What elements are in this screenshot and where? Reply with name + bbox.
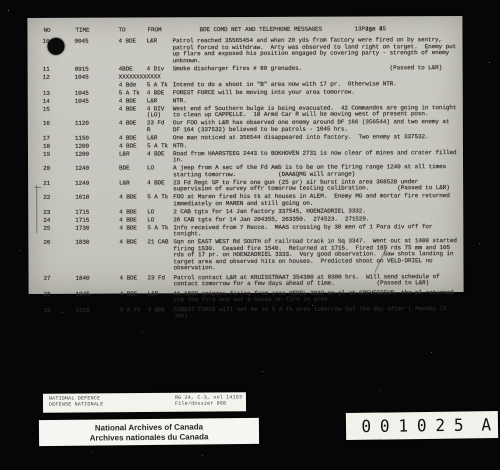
entry-time: 1840 — [76, 275, 120, 288]
entry-time: 1910 — [76, 307, 120, 320]
log-entry: 2216104 BDE5 A TkFOO at Maren fired his … — [43, 193, 458, 208]
entry-to: 4 BDE — [119, 120, 147, 133]
entry-no: 11 — [43, 66, 75, 73]
log-entry: 2618304 BDE21 CABSqn on EAST WEST Rd SOU… — [43, 238, 458, 272]
entry-no: 27 — [44, 275, 76, 288]
entry-from: L&R — [146, 38, 172, 64]
national-defence-stamp: NATIONAL DEFENCEDEFENSE NATIONALE RG 24,… — [43, 392, 246, 412]
entry-from: 4 DIV (LO) — [147, 106, 173, 119]
entry-msg: 23 Fd Regt SP to fire one gun (25 pr) ai… — [173, 179, 458, 193]
entry-from: 21 CAB — [147, 239, 173, 272]
entry-no: 13 — [43, 90, 75, 97]
entry-time: 1045 — [75, 90, 119, 97]
log-entry: 154 BDE4 DIV (LO)West end of Southern bu… — [43, 105, 458, 120]
entry-no: 14 — [43, 98, 75, 105]
entry-time: 1150 — [75, 135, 119, 142]
entry-no: 17 — [43, 135, 75, 142]
entry-to: 4 BDE — [118, 38, 146, 64]
entry-to: 4 BDE — [119, 194, 147, 207]
entry-msg: NTR. — [173, 97, 458, 105]
log-entry: 2919105 A Tk4 BDEFOREST FORCE will not b… — [44, 306, 459, 321]
entry-msg: Info received from 7 Recce. MAAS crossin… — [173, 224, 458, 238]
serial-number-box: 001025A — [346, 411, 498, 440]
entry-from: 23 Fd R — [147, 120, 173, 133]
entry-to: BDE — [119, 165, 147, 178]
entry-from: L&R — [147, 135, 173, 142]
entry-time: 1730 — [75, 225, 119, 238]
defence-stamp-text: NATIONAL DEFENCEDEFENSE NATIONALE — [49, 396, 104, 408]
entry-to: 4 BDE — [119, 135, 147, 142]
entry-no: 21 — [43, 180, 75, 193]
document-page: NO TIME TO FROM BDE COMD NET AND TELEPHO… — [27, 16, 463, 294]
log-entry: 211240L&R4 BDE23 Fd Regt SP to fire one … — [43, 179, 458, 194]
entry-to: 4BDE — [119, 66, 147, 73]
log-entry: 4 Bde5 A TkIntend to do a shoot in "B" a… — [43, 81, 458, 89]
log-entry: 1000454 BDEL&RPatrol reached 35565454 an… — [42, 37, 457, 65]
entry-to: XXXXXXXXXXXX — [119, 74, 147, 81]
entry-to: 4 BDE — [119, 239, 147, 272]
entry-no: 15 — [43, 106, 75, 119]
serial-digit: 5 — [449, 415, 468, 435]
archives-line1: National Archives of Canada — [95, 422, 203, 432]
entry-to: 5 A Tk — [120, 307, 148, 320]
entry-to: L&R — [119, 180, 147, 193]
serial-number: 001025A — [357, 415, 496, 436]
entry-from: 5 A Tk — [147, 194, 173, 207]
log-entry: 1310455 A Tk4 BDEFOREST FORCE will be mo… — [43, 89, 458, 97]
entry-time: 1200 — [75, 151, 119, 164]
column-header-time: TIME — [75, 27, 89, 34]
entry-to: 4 BDE — [119, 209, 147, 216]
entry-time: 1045 — [75, 98, 119, 105]
entry-from: 5 A Tk — [147, 143, 173, 150]
entry-no: 28 — [44, 291, 76, 304]
entry-no: 23 — [43, 209, 75, 216]
entry-no: 24 — [43, 217, 75, 224]
entry-from: 5 A Tk — [147, 225, 173, 238]
serial-digit: 0 — [412, 415, 431, 435]
entry-msg: Road from HAARSTEEG 2443 to BOKHOVEN 273… — [173, 150, 458, 164]
reference-line2: File/dossier 960 — [175, 400, 226, 406]
entry-from: 5 A Tk — [147, 82, 173, 89]
defence-line2: DEFENSE NATIONALE — [49, 401, 103, 407]
entry-from: L&R — [147, 98, 173, 105]
log-entry: 2819454 BDEL&RAt 1800 snipers firing fro… — [44, 290, 459, 305]
entry-to: 4 BDE — [119, 225, 147, 238]
entry-no: 22 — [43, 195, 75, 208]
log-header-row: NO TIME TO FROM BDE COMD NET AND TELEPHO… — [27, 25, 462, 35]
entry-no: 20 — [43, 166, 75, 179]
entry-msg: Patrol reached 35565454 and when 20 yds … — [172, 37, 457, 64]
archives-line2: Archives nationales du Canada — [90, 432, 209, 442]
serial-digit: 0 — [375, 416, 394, 436]
log-entry: 1611204 BDE23 Fd ROur FOO with L&R has o… — [43, 119, 458, 134]
log-entry: 201240BDELOA jeep from A sec of the Fd A… — [43, 164, 458, 179]
entry-time: 1610 — [75, 195, 119, 208]
serial-digit: 2 — [431, 415, 450, 435]
entry-time: 0045 — [74, 39, 118, 65]
column-header-no: NO — [43, 27, 50, 34]
entry-msg: 26 CAB tgts for 14 Jan 204355, 263350. 2… — [173, 216, 458, 224]
entry-time: 1715 — [75, 209, 119, 216]
hole-punch — [47, 38, 64, 55]
entry-time — [75, 82, 119, 89]
entry-no — [43, 82, 75, 89]
entry-from: 4 BDE — [148, 307, 174, 320]
entry-from: 4 BDE — [147, 151, 173, 164]
log-entries: 1000454 BDEL&RPatrol reached 35565454 an… — [42, 37, 458, 322]
entry-from: LO — [147, 217, 173, 224]
entry-msg: A jeep from A sec of the Fd Amb is to be… — [173, 164, 458, 178]
entry-no: 12 — [43, 74, 75, 81]
entry-msg: Patrol contact L&R at KRUISSTRAAT 354300… — [174, 274, 459, 288]
serial-digit: A — [477, 414, 496, 434]
serial-digit: 0 — [357, 416, 376, 436]
entry-msg: NTR. — [173, 142, 458, 150]
entry-to: 5 A Tk — [119, 90, 147, 97]
entry-from: 4 BDE — [147, 90, 173, 97]
column-header-to: TO — [118, 27, 125, 34]
entry-time: 1200 — [75, 143, 119, 150]
entry-from: L&R — [148, 291, 174, 304]
entry-from: LO — [147, 209, 173, 216]
column-header-from: FROM — [147, 26, 161, 33]
archive-reference-text: RG 24, C-3, vol 14153File/dossier 960 — [175, 395, 242, 407]
entry-no: 19 — [43, 151, 75, 164]
entry-to: 4 BDE — [120, 275, 148, 288]
entry-to: 4 Bde — [119, 82, 147, 89]
entry-to: 4 BDE — [120, 291, 148, 304]
entry-to: 4 BDE — [119, 98, 147, 105]
entry-time: 1830 — [75, 240, 119, 273]
entry-no: 18 — [43, 143, 75, 150]
serial-digit: 1 — [394, 416, 413, 436]
pencil-mark-left — [36, 185, 37, 233]
date-and-page: 13 Jan 45 Page 3 — [354, 25, 361, 32]
entry-time: 1240 — [75, 180, 119, 193]
entry-msg: 2 CAB tgts for 14 Jan factory 337545, HO… — [173, 208, 458, 216]
log-entry: 1711504 BDEL&ROne man noticed at 356544 … — [43, 134, 458, 142]
entry-msg: One man noticed at 356544 disappeared in… — [173, 134, 458, 142]
log-entry: 2718404 BDE23 FdPatrol contact L&R at KR… — [44, 274, 459, 289]
entry-no: 16 — [43, 121, 75, 134]
entry-from: 23 Fd — [148, 275, 174, 288]
entry-to: 4 BDE — [119, 217, 147, 224]
entry-msg: West end of Southern bulge is being evac… — [173, 105, 458, 119]
entry-from: 4 Div — [147, 66, 173, 73]
entry-time: 1945 — [76, 291, 120, 304]
entry-no: 29 — [44, 307, 76, 320]
entry-from — [147, 74, 173, 81]
log-entry: 191200L&R4 BDERoad from HAARSTEEG 2443 t… — [43, 150, 458, 165]
entry-no: 25 — [43, 225, 75, 238]
entry-time: 1715 — [75, 217, 119, 224]
page-number: Page 3 — [361, 25, 382, 32]
entry-from: LO — [147, 165, 173, 178]
entry-time — [75, 106, 119, 119]
entry-time: 1045 — [75, 74, 119, 81]
entry-time: 1240 — [75, 166, 119, 179]
entry-from: 4 BDE — [147, 180, 173, 193]
entry-msg: FOREST FORCE will be moving into your ar… — [173, 89, 458, 97]
entry-msg: At 1800 snipers firing from area HEDEL 2… — [174, 290, 459, 304]
national-archives-stamp: National Archives of Canada Archives nat… — [39, 418, 259, 446]
page-title: BDE COMD NET AND TELEPHONE MESSAGES — [199, 26, 322, 34]
log-entry: 1109154BDE4 DivSmoke discharger fires # … — [43, 65, 458, 73]
entry-to: L&R — [119, 151, 147, 164]
entry-msg: Sqn on EAST WEST Rd SOUTH of railroad tr… — [173, 238, 458, 272]
entry-no: 26 — [43, 240, 75, 273]
log-entry: 2317154 BDELO2 CAB tgts for 14 Jan facto… — [43, 208, 458, 216]
log-entry: 2517304 BDE5 A TkInfo received from 7 Re… — [43, 224, 458, 239]
entry-to: 4 BDE — [119, 143, 147, 150]
entry-msg: Our FOO with L&R has observed one enemy … — [173, 119, 458, 133]
entry-msg: Smoke discharger fires # 80 grenades. (P… — [173, 65, 458, 73]
entry-to: 4 BDE — [119, 106, 147, 119]
entry-msg: FOO at Maren fired his tk at houses in A… — [173, 193, 458, 207]
entry-msg: Intend to do a shoot in "B" area now wit… — [173, 81, 458, 89]
entry-time: 1120 — [75, 121, 119, 134]
entry-time: 0915 — [75, 66, 119, 73]
entry-msg — [173, 73, 458, 81]
film-dust-specks — [0, 0, 1, 1]
entry-msg: FOREST FORCE will not be in 5 A Tk area … — [174, 306, 459, 320]
